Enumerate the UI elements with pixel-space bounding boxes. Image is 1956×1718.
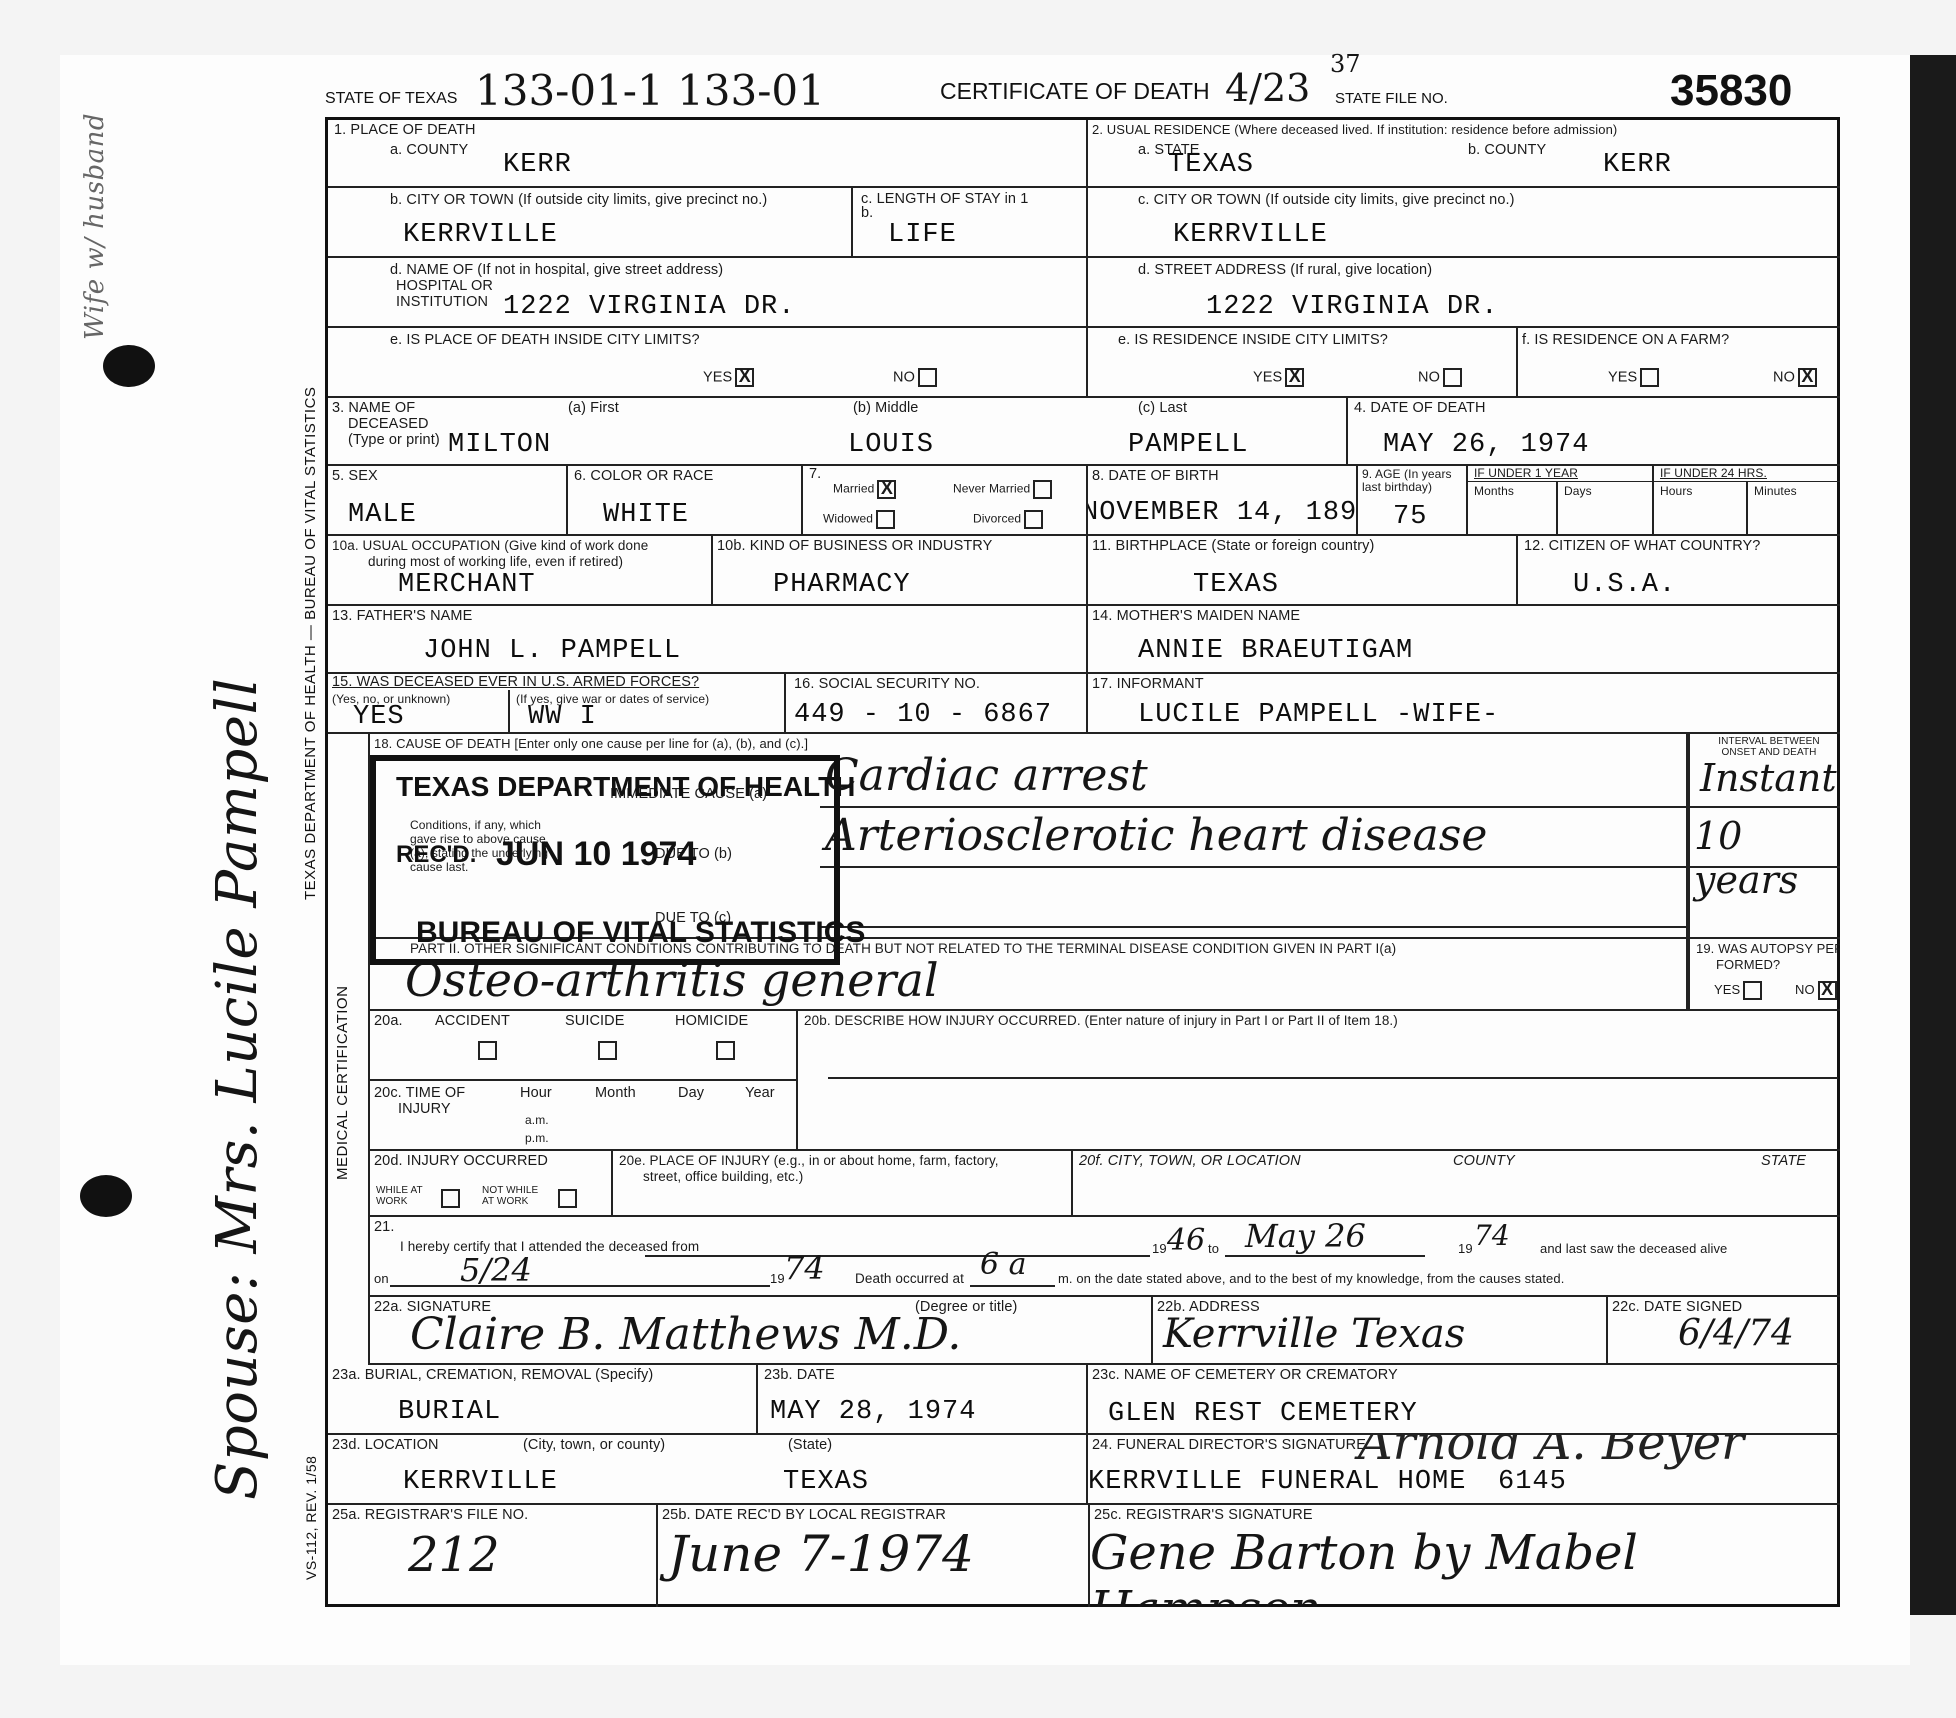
age-value: 75 xyxy=(1393,502,1427,532)
handwritten-code: 133-01-1 133-01 xyxy=(475,66,825,115)
married-checkbox[interactable]: MarriedX xyxy=(833,480,896,499)
residence-state-cell: 2. USUAL RESIDENCE (Where deceased lived… xyxy=(1088,120,1840,188)
residence-farm-cell: f. IS RESIDENCE ON A FARM? YES NOX xyxy=(1518,328,1840,398)
date-signed-cell: 22c. DATE SIGNED 6/4/74 xyxy=(1608,1297,1840,1365)
funeral-director-cell: 24. FUNERAL DIRECTOR'S SIGNATURE KERRVIL… xyxy=(1088,1435,1840,1505)
registrar-file-value: 212 xyxy=(408,1527,500,1583)
physician-signature-cell: 22a. SIGNATURE (Degree or title) Claire … xyxy=(368,1297,1153,1365)
death-time-value: 6 a xyxy=(980,1247,1027,1282)
disposition-date-value: MAY 28, 1974 xyxy=(770,1397,976,1427)
not-while-at-work-checkbox[interactable] xyxy=(558,1189,577,1208)
place-county-cell: 1. PLACE OF DEATH a. COUNTY KERR xyxy=(328,120,1088,188)
citizen-cell: 12. CITIZEN OF WHAT COUNTRY? U.S.A. xyxy=(1518,536,1840,606)
business-value: PHARMACY xyxy=(773,570,911,600)
margin-handwriting-spouse: Spouse: Mrs. Lucile Pampell xyxy=(205,678,270,1500)
punch-hole xyxy=(103,345,155,387)
length-of-stay-cell: c. LENGTH OF STAY in 1 b. LIFE xyxy=(853,188,1088,258)
ssn-cell: 16. SOCIAL SECURITY NO. 449 - 10 - 6867 xyxy=(786,674,1088,734)
last-name-value: PAMPELL xyxy=(1128,430,1248,460)
place-inside-city-cell: e. IS PLACE OF DEATH INSIDE CITY LIMITS?… xyxy=(328,328,1088,398)
attended-from-year: 46 xyxy=(1167,1223,1205,1258)
war-service-value: WW I xyxy=(528,702,597,732)
injury-city-cell: 20f. CITY, TOWN, OR LOCATION COUNTY STAT… xyxy=(1073,1151,1840,1217)
funeral-director-signature: Arnold A. Beyer xyxy=(1358,1435,1744,1471)
residence-inside-city-cell: e. IS RESIDENCE INSIDE CITY LIMITS? YESX… xyxy=(1088,328,1518,398)
informant-value: LUCILE PAMPELL -WIFE- xyxy=(1138,700,1499,730)
last-seen-date: 5/24 xyxy=(460,1251,532,1289)
registrar-date-cell: 25b. DATE REC'D BY LOCAL REGISTRAR June … xyxy=(658,1505,1088,1607)
farm-no-checkbox[interactable]: NOX xyxy=(1773,368,1817,387)
father-cell: 13. FATHER'S NAME JOHN L. PAMPELL xyxy=(328,606,1088,674)
name-cell: 3. NAME OF DECEASED (Type or print) (a) … xyxy=(328,398,1348,466)
attended-to-year: 74 xyxy=(1474,1219,1510,1252)
state-file-number: 35830 xyxy=(1670,66,1792,116)
under-one-year-cell: IF UNDER 1 YEAR Months Days xyxy=(1468,466,1654,536)
suicide-checkbox[interactable] xyxy=(598,1041,617,1060)
autopsy-yes-checkbox[interactable]: YES xyxy=(1714,981,1762,1000)
place-county-value: KERR xyxy=(503,150,572,180)
autopsy-no-checkbox[interactable]: NOX xyxy=(1795,981,1837,1000)
residence-county-value: KERR xyxy=(1603,150,1672,180)
injury-occurred-cell: 20d. INJURY OCCURRED WHILE AT WORK NOT W… xyxy=(368,1151,613,1217)
birthplace-value: TEXAS xyxy=(1193,570,1279,600)
immediate-cause-value: Cardiac arrest xyxy=(825,750,1148,801)
date-of-birth-value: NOVEMBER 14, 1898 xyxy=(1088,498,1358,528)
state-file-label: STATE FILE NO. xyxy=(1335,90,1448,107)
state-label: STATE OF TEXAS xyxy=(325,90,457,108)
last-seen-year: 74 xyxy=(784,1249,825,1287)
physician-signature: Claire B. Matthews M.D. xyxy=(410,1309,961,1360)
registrar-file-cell: 25a. REGISTRAR'S FILE NO. 212 xyxy=(328,1505,658,1607)
place-city-cell: b. CITY OR TOWN (If outside city limits,… xyxy=(328,188,853,258)
interval-cell: INTERVAL BETWEEN ONSET AND DEATH Instant… xyxy=(1688,734,1840,939)
autopsy-cell: 19. WAS AUTOPSY PER- FORMED? YES NOX xyxy=(1688,939,1840,1011)
sex-cell: 5. SEX MALE xyxy=(328,466,568,536)
ssn-value: 449 - 10 - 6867 xyxy=(794,700,1052,730)
mother-value: ANNIE BRAEUTIGAM xyxy=(1138,636,1413,666)
occupation-value: MERCHANT xyxy=(398,570,536,600)
length-of-stay-value: LIFE xyxy=(888,220,957,250)
residence-inside-no-checkbox[interactable]: NO xyxy=(1418,368,1462,387)
attended-to-date: May 26 xyxy=(1245,1217,1366,1255)
marital-status-cell: 7. MarriedX Never Married Widowed Divorc… xyxy=(803,466,1088,536)
margin-department-text: TEXAS DEPARTMENT OF HEALTH — BUREAU OF V… xyxy=(302,387,319,900)
homicide-checkbox[interactable] xyxy=(716,1041,735,1060)
date-of-death-cell: 4. DATE OF DEATH MAY 26, 1974 xyxy=(1348,398,1840,466)
burial-state-value: TEXAS xyxy=(783,1467,869,1497)
scan-edge xyxy=(1910,55,1956,1615)
residence-inside-yes-checkbox[interactable]: YESX xyxy=(1253,368,1304,387)
physician-address-cell: 22b. ADDRESS Kerrville Texas xyxy=(1153,1297,1608,1365)
armed-forces-cell: 15. WAS DECEASED EVER IN U.S. ARMED FORC… xyxy=(328,674,786,734)
occupation-cell: 10a. USUAL OCCUPATION (Give kind of work… xyxy=(328,536,713,606)
place-inside-no-checkbox[interactable]: NO xyxy=(893,368,937,387)
date-of-birth-cell: 8. DATE OF BIRTH NOVEMBER 14, 1898 xyxy=(1088,466,1358,536)
handwritten-note-small: 37 xyxy=(1330,50,1361,78)
mother-cell: 14. MOTHER'S MAIDEN NAME ANNIE BRAEUTIGA… xyxy=(1088,606,1840,674)
stamp-date: JUN 10 1974 xyxy=(496,835,696,874)
funeral-home-value: KERRVILLE FUNERAL HOME xyxy=(1088,1467,1466,1497)
widowed-checkbox[interactable]: Widowed xyxy=(823,510,895,529)
citizen-value: U.S.A. xyxy=(1573,570,1676,600)
cemetery-cell: 23c. NAME OF CEMETERY OR CREMATORY GLEN … xyxy=(1088,1365,1840,1435)
divorced-checkbox[interactable]: Divorced xyxy=(973,510,1043,529)
residence-city-value: KERRVILLE xyxy=(1173,220,1328,250)
informant-cell: 17. INFORMANT LUCILE PAMPELL -WIFE- xyxy=(1088,674,1840,734)
armed-forces-value: YES xyxy=(353,702,405,732)
registrar-signature-cell: 25c. REGISTRAR'S SIGNATURE Gene Barton b… xyxy=(1088,1505,1840,1607)
disposition-date-cell: 23b. DATE MAY 28, 1974 xyxy=(758,1365,1088,1435)
margin-form-revision: VS-112, REV. 1/58 xyxy=(303,1456,319,1580)
race-value: WHITE xyxy=(603,500,689,530)
handwritten-title-note: 4/23 xyxy=(1225,66,1310,110)
certificate-title: CERTIFICATE OF DEATH xyxy=(940,78,1210,105)
interval-a-value: Instant xyxy=(1700,756,1837,800)
date-signed-value: 6/4/74 xyxy=(1678,1313,1794,1354)
sex-value: MALE xyxy=(348,500,417,530)
farm-yes-checkbox[interactable]: YES xyxy=(1608,368,1659,387)
injury-type-cell: 20a. ACCIDENT SUICIDE HOMICIDE xyxy=(368,1011,798,1081)
certificate-header: STATE OF TEXAS 133-01-1 133-01 CERTIFICA… xyxy=(325,72,1825,112)
punch-hole xyxy=(80,1175,132,1217)
father-value: JOHN L. PAMPELL xyxy=(423,636,681,666)
never-married-checkbox[interactable]: Never Married xyxy=(953,480,1052,499)
margin-handwriting-note: Wife w/ husband xyxy=(80,113,110,340)
cemetery-value: GLEN REST CEMETERY xyxy=(1108,1399,1418,1429)
race-cell: 6. COLOR OR RACE WHITE xyxy=(568,466,803,536)
disposition-method-value: BURIAL xyxy=(398,1397,501,1427)
residence-state-value: TEXAS xyxy=(1168,150,1254,180)
while-at-work-checkbox[interactable] xyxy=(441,1189,460,1208)
residence-street-cell: d. STREET ADDRESS (If rural, give locati… xyxy=(1088,258,1840,328)
due-to-b-value: Arteriosclerotic heart disease xyxy=(825,810,1487,861)
funeral-home-number: 6145 xyxy=(1498,1467,1567,1497)
registrar-date-value: June 7-1974 xyxy=(668,1525,974,1583)
residence-street-value: 1222 VIRGINIA DR. xyxy=(1206,292,1498,322)
registrar-signature: Gene Barton by Mabel Hampson xyxy=(1090,1525,1840,1607)
injury-description-cell: 20b. DESCRIBE HOW INJURY OCCURRED. (Ente… xyxy=(798,1011,1840,1151)
physician-address: Kerrville Texas xyxy=(1163,1311,1465,1357)
accident-checkbox[interactable] xyxy=(478,1041,497,1060)
birthplace-cell: 11. BIRTHPLACE (State or foreign country… xyxy=(1088,536,1518,606)
injury-time-cell: 20c. TIME OF INJURY Hour Month Day Year … xyxy=(368,1081,798,1151)
injury-place-cell: 20e. PLACE OF INJURY (e.g., in or about … xyxy=(613,1151,1073,1217)
place-inside-yes-checkbox[interactable]: YESX xyxy=(703,368,754,387)
business-cell: 10b. KIND OF BUSINESS OR INDUSTRY PHARMA… xyxy=(713,536,1088,606)
residence-city-cell: c. CITY OR TOWN (If outside city limits,… xyxy=(1088,188,1840,258)
burial-location-cell: 23d. LOCATION (City, town, or county) (S… xyxy=(328,1435,1088,1505)
received-stamp: TEXAS DEPARTMENT OF HEALTH REC'D. JUN 10… xyxy=(370,755,840,965)
hospital-value: 1222 VIRGINIA DR. xyxy=(503,292,795,322)
place-city-value: KERRVILLE xyxy=(403,220,558,250)
disposition-method-cell: 23a. BURIAL, CREMATION, REMOVAL (Specify… xyxy=(328,1365,758,1435)
age-cell: 9. AGE (In years last birthday) 75 xyxy=(1358,466,1468,536)
hospital-cell: d. NAME OF (If not in hospital, give str… xyxy=(328,258,1088,328)
middle-name-value: LOUIS xyxy=(848,430,934,460)
under-24-hours-cell: IF UNDER 24 HRS. Hours Minutes xyxy=(1654,466,1840,536)
interval-b-value: 10 years xyxy=(1694,814,1840,902)
first-name-value: MILTON xyxy=(448,430,551,460)
date-of-death-value: MAY 26, 1974 xyxy=(1383,430,1589,460)
certification-cell: 21. I hereby certify that I attended the… xyxy=(368,1217,1840,1297)
burial-city-value: KERRVILLE xyxy=(403,1467,558,1497)
